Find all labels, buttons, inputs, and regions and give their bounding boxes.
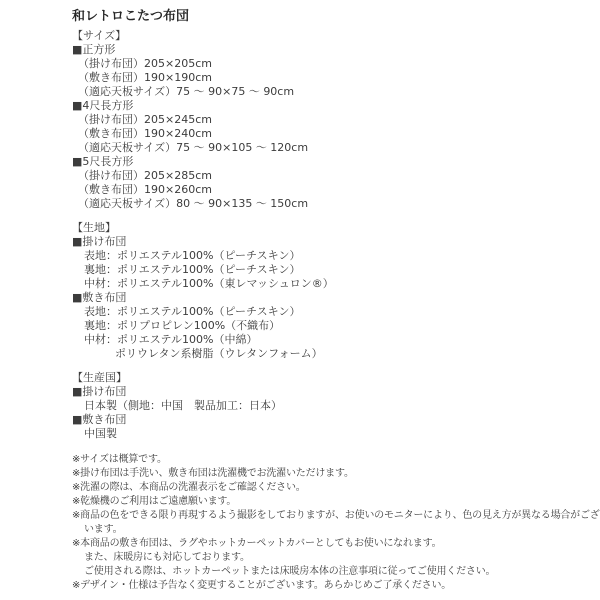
text-line: （掛け布団）205×285cm	[78, 169, 590, 183]
text-line: 日本製（側地：中国 製品加工：日本）	[84, 399, 590, 413]
text-line: 【生地】	[72, 221, 590, 235]
text-line: ■敷き布団	[72, 291, 590, 305]
text-line: ご使用される際は、ホットカーペットまたは床暖房本体の注意事項に従ってご使用くださ…	[84, 565, 590, 579]
text-line: ■4尺長方形	[72, 99, 590, 113]
text-line: （敷き布団）190×260cm	[78, 183, 590, 197]
text-line: ※デザイン・仕様は予告なく変更することがございます。あらかじめご了承ください。	[72, 579, 590, 593]
text-line: ※商品の色をできる限り再現するよう撮影をしておりますが、お使いのモニターにより、…	[72, 509, 590, 523]
text-line: 中材：ポリエステル100%（東レマッシュロン®）	[84, 277, 590, 291]
text-line: （適応天板サイズ）75 ～ 90×105 ～ 120cm	[78, 141, 590, 155]
product-description: 和レトロこたつ布団 【サイズ】■正方形（掛け布団）205×205cm（敷き布団）…	[0, 0, 600, 593]
text-line: （敷き布団）190×240cm	[78, 127, 590, 141]
text-line: 中国製	[84, 427, 590, 441]
text-line: ポリウレタン系樹脂（ウレタンフォーム）	[115, 347, 590, 361]
text-line: （適応天板サイズ）75 ～ 90×75 ～ 90cm	[78, 85, 590, 99]
text-line: ■掛け布団	[72, 385, 590, 399]
text-line: ■正方形	[72, 43, 590, 57]
text-line: ※掛け布団は手洗い、敷き布団は洗濯機でお洗濯いただけます。	[72, 467, 590, 481]
spacer	[72, 441, 590, 453]
description-lines: 【サイズ】■正方形（掛け布団）205×205cm（敷き布団）190×190cm（…	[72, 29, 590, 593]
text-line: ※洗濯の際は、本商品の洗濯表示をご確認ください。	[72, 481, 590, 495]
text-line: また、床暖房にも対応しております。	[84, 551, 590, 565]
text-line: （適応天板サイズ）80 ～ 90×135 ～ 150cm	[78, 197, 590, 211]
text-line: 表地：ポリエステル100%（ピーチスキン）	[84, 305, 590, 319]
text-line: 【サイズ】	[72, 29, 590, 43]
spacer	[72, 361, 590, 371]
text-line: います。	[84, 523, 590, 537]
text-line: ※乾燥機のご利用はご遠慮願います。	[72, 495, 590, 509]
text-line: ■敷き布団	[72, 413, 590, 427]
text-line: 裏地：ポリエステル100%（ピーチスキン）	[84, 263, 590, 277]
spacer	[72, 211, 590, 221]
text-line: 裏地：ポリプロピレン100%（不織布）	[84, 319, 590, 333]
text-line: ■掛け布団	[72, 235, 590, 249]
text-line: （掛け布団）205×245cm	[78, 113, 590, 127]
product-title: 和レトロこたつ布団	[72, 8, 590, 25]
text-line: 【生産国】	[72, 371, 590, 385]
text-line: （敷き布団）190×190cm	[78, 71, 590, 85]
text-line: ※サイズは概算です。	[72, 453, 590, 467]
text-line: ※本商品の敷き布団は、ラグやホットカーペットカバーとしてもお使いになれます。	[72, 537, 590, 551]
text-line: （掛け布団）205×205cm	[78, 57, 590, 71]
text-line: 表地：ポリエステル100%（ピーチスキン）	[84, 249, 590, 263]
text-line: ■5尺長方形	[72, 155, 590, 169]
text-line: 中材：ポリエステル100%（中綿）	[84, 333, 590, 347]
